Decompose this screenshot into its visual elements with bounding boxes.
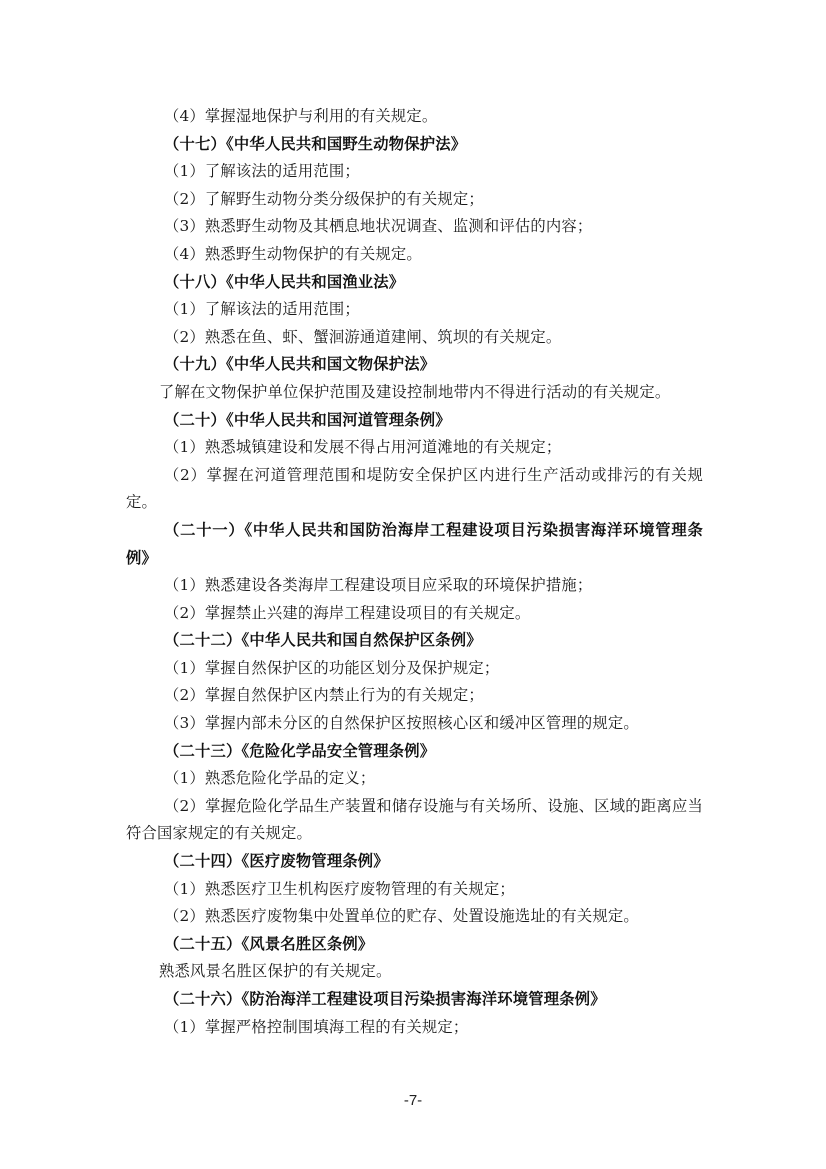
page-number: -7- [0, 1092, 826, 1109]
section-heading: （二十六）《防治海洋工程建设项目污染损害海洋环境管理条例》 [126, 986, 703, 1014]
document-page: （4）掌握湿地保护与利用的有关规定。 （十七）《中华人民共和国野生动物保护法》 … [126, 103, 703, 1041]
list-item: （1）掌握严格控制围填海工程的有关规定； [126, 1014, 703, 1042]
section-heading: （二十二）《中华人民共和国自然保护区条例》 [126, 627, 703, 655]
section-heading: （二十四）《医疗废物管理条例》 [126, 848, 703, 876]
paragraph: 熟悉风景名胜区保护的有关规定。 [126, 958, 703, 986]
section-heading: （二十）《中华人民共和国河道管理条例》 [126, 407, 703, 435]
list-item: （1）掌握自然保护区的功能区划分及保护规定； [126, 655, 703, 683]
list-item: （2）熟悉在鱼、虾、蟹洄游通道建闸、筑坝的有关规定。 [126, 324, 703, 352]
list-item: （2）掌握危险化学品生产装置和储存设施与有关场所、设施、区域的距离应当符合国家规… [126, 793, 703, 848]
section-heading: （十七）《中华人民共和国野生动物保护法》 [126, 131, 703, 159]
section-heading: （二十五）《风景名胜区条例》 [126, 931, 703, 959]
list-item: （4）掌握湿地保护与利用的有关规定。 [126, 103, 703, 131]
list-item: （1）了解该法的适用范围； [126, 296, 703, 324]
section-heading: （二十一）《中华人民共和国防治海岸工程建设项目污染损害海洋环境管理条例》 [126, 517, 703, 572]
section-heading: （十九）《中华人民共和国文物保护法》 [126, 351, 703, 379]
list-item: （3）熟悉野生动物及其栖息地状况调查、监测和评估的内容； [126, 213, 703, 241]
list-item: （1）了解该法的适用范围； [126, 158, 703, 186]
paragraph: 了解在文物保护单位保护范围及建设控制地带内不得进行活动的有关规定。 [126, 379, 703, 407]
list-item: （1）熟悉医疗卫生机构医疗废物管理的有关规定； [126, 876, 703, 904]
list-item: （3）掌握内部未分区的自然保护区按照核心区和缓冲区管理的规定。 [126, 710, 703, 738]
list-item: （2）熟悉医疗废物集中处置单位的贮存、处置设施选址的有关规定。 [126, 903, 703, 931]
list-item: （1）熟悉危险化学品的定义； [126, 765, 703, 793]
section-heading: （二十三）《危险化学品安全管理条例》 [126, 738, 703, 766]
section-heading: （十八）《中华人民共和国渔业法》 [126, 269, 703, 297]
list-item: （1）熟悉城镇建设和发展不得占用河道滩地的有关规定； [126, 434, 703, 462]
list-item: （2）掌握在河道管理范围和堤防安全保护区内进行生产活动或排污的有关规定。 [126, 462, 703, 517]
list-item: （2）掌握自然保护区内禁止行为的有关规定； [126, 682, 703, 710]
list-item: （4）熟悉野生动物保护的有关规定。 [126, 241, 703, 269]
list-item: （2）掌握禁止兴建的海岸工程建设项目的有关规定。 [126, 600, 703, 628]
list-item: （2）了解野生动物分类分级保护的有关规定； [126, 186, 703, 214]
list-item: （1）熟悉建设各类海岸工程建设项目应采取的环境保护措施； [126, 572, 703, 600]
